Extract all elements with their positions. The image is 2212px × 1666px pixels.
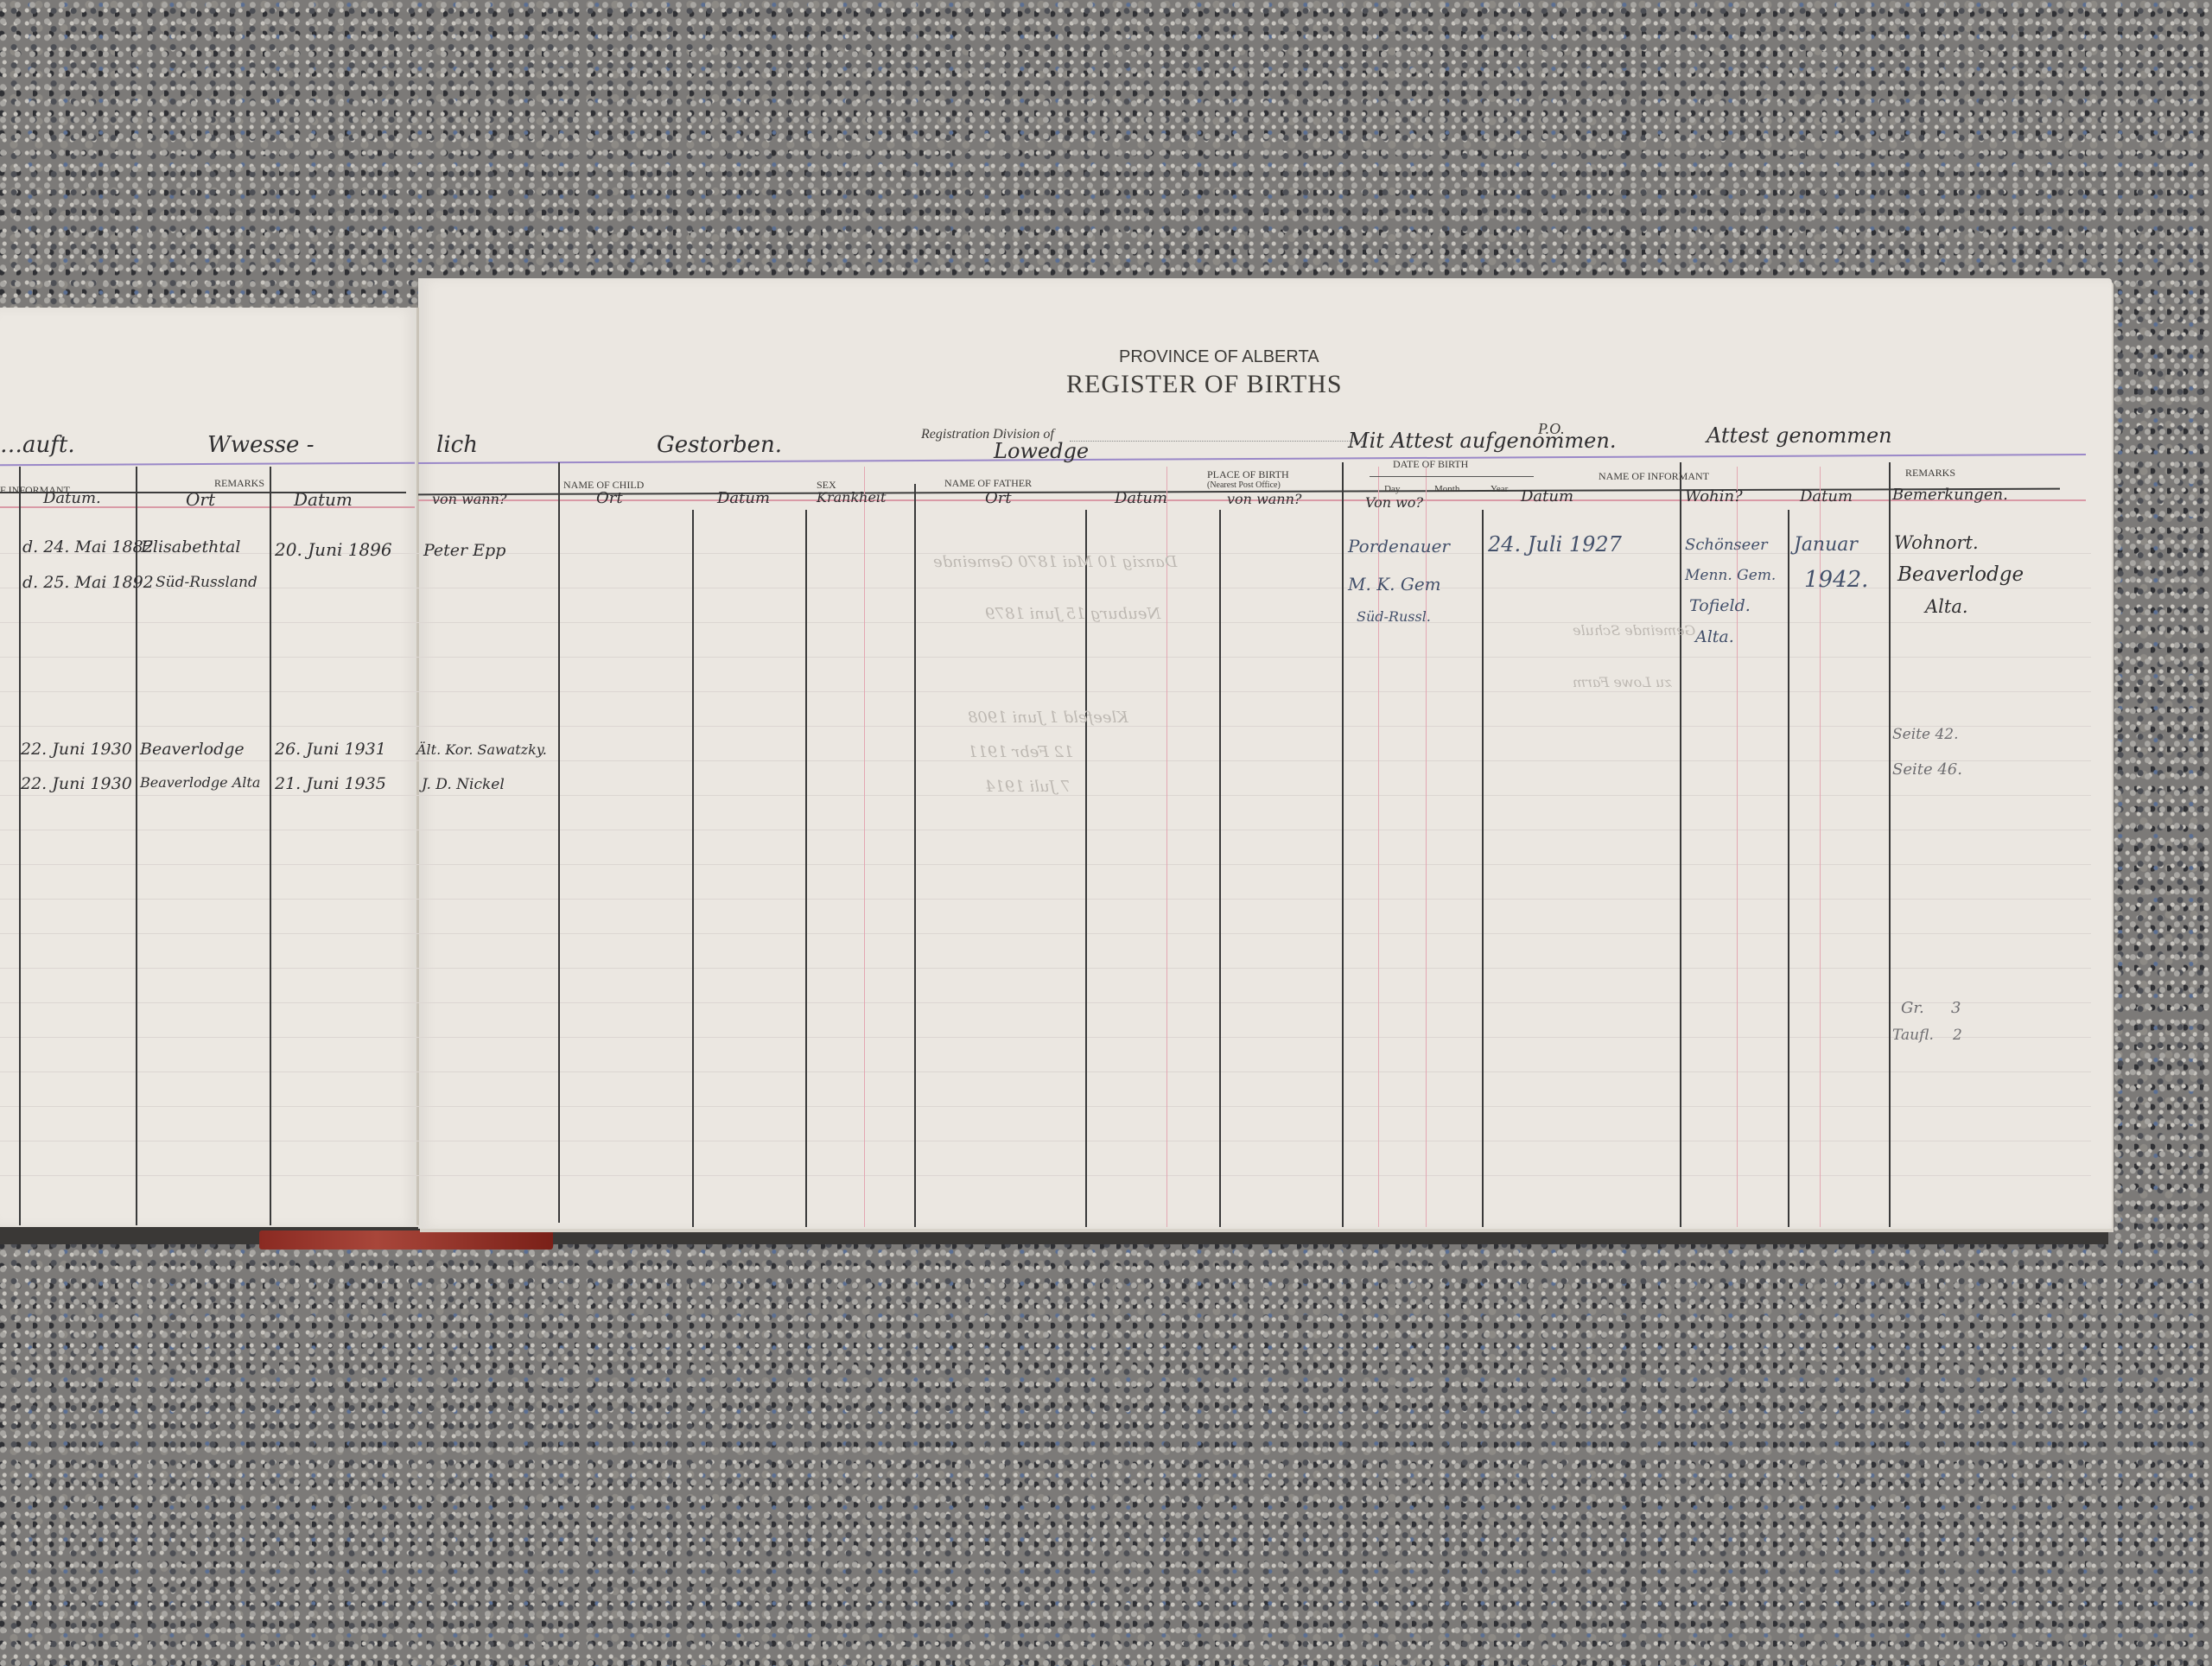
entry2-date-2: 26. Juni 1931	[275, 740, 386, 759]
col-hand-von-wann-1: von wann?	[432, 491, 506, 507]
footer-note-2-label: Taufl.	[1892, 1027, 1934, 1044]
col-hand-ort-2: Ort	[596, 489, 623, 507]
column-month: Month	[1434, 484, 1459, 494]
entry1-remark-1: Wohnort.	[1894, 532, 1979, 553]
entry1-from-where-1: Pordenauer	[1348, 536, 1450, 556]
entry1-by-whom: Peter Epp	[423, 541, 505, 560]
entry2-by-whom: Ält. Kor. Sawatzky.	[416, 741, 547, 758]
heading-hand-6: Attest genommen	[1707, 423, 1892, 448]
column-name-of-father: NAME OF FATHER	[944, 477, 1032, 490]
entry1-to-where-1: Schönseer	[1685, 536, 1768, 554]
entry1-to-where-4: Alta.	[1695, 627, 1734, 646]
entry1-place-2: Süd-Russland	[156, 574, 257, 591]
entry3-date: 22. Juni 1930	[21, 774, 132, 793]
column-year: Year	[1491, 484, 1508, 494]
heading-hand-1: …auft.	[0, 432, 75, 458]
column-name-of-informant: NAME OF INFORMANT	[1599, 470, 1709, 483]
col-hand-datum-4: Datum	[1115, 489, 1167, 507]
register-title: REGISTER OF BIRTHS	[1066, 370, 1343, 399]
entry1-left-month: Januar	[1794, 534, 1858, 556]
footer-note-1-label: Gr.	[1901, 999, 1924, 1017]
entry1-remark-2: Beaverlodge	[1897, 563, 2024, 586]
entry1-place: Elisabethtal	[141, 537, 240, 556]
entry2-place: Beaverlodge	[140, 740, 245, 759]
date-of-birth-underline	[1370, 476, 1534, 477]
col-hand-datum-2: Datum	[294, 489, 353, 510]
entry2-date: 22. Juni 1930	[21, 740, 132, 759]
col-hand-datum-6: Datum	[1800, 487, 1853, 506]
entry1-from-where-3: Süd-Russl.	[1357, 608, 1431, 625]
col-hand-von-wann-2: von wann?	[1227, 491, 1301, 507]
book-spine-red	[259, 1230, 553, 1249]
entry3-remark: Seite 46.	[1892, 760, 1962, 779]
entry3-date-2: 21. Juni 1935	[275, 774, 386, 793]
col-hand-von-wo: Von wo?	[1365, 494, 1423, 511]
heading-hand-4: Gestorben.	[657, 432, 782, 458]
col-hand-datum-3: Datum	[717, 489, 770, 507]
col-hand-bemerkungen: Bemerkungen.	[1892, 486, 2008, 504]
col-hand-krankheit: Krankheit	[817, 489, 886, 506]
entry1-date: 20. Juni 1896	[275, 539, 392, 560]
column-place-of-birth-sub: (Nearest Post Office)	[1207, 480, 1281, 490]
col-hand-ort-3: Ort	[985, 489, 1012, 507]
registration-division-dots	[1070, 441, 1363, 442]
registration-division-value: Lowedge	[994, 439, 1089, 463]
entry1-to-where-2: Menn. Gem.	[1685, 567, 1776, 584]
column-remarks-left: REMARKS	[214, 477, 264, 490]
province-title: PROVINCE OF ALBERTA	[1119, 347, 1319, 367]
footer-note-2-value: 2	[1953, 1027, 1962, 1044]
heading-hand-3: lich	[436, 432, 478, 458]
entry1-from-where-2: M. K. Gem	[1348, 574, 1441, 595]
entry1-to-where-3: Tofield.	[1689, 596, 1751, 615]
heading-hand-5: Mit Attest aufgenommen.	[1348, 429, 1616, 453]
entry3-by-whom: J. D. Nickel	[422, 776, 505, 793]
entry2-remark: Seite 42.	[1892, 726, 1958, 743]
col-hand-wohin: Wohin?	[1685, 487, 1743, 506]
col-hand-datum-1: Datum.	[43, 489, 101, 507]
column-remarks-right: REMARKS	[1905, 467, 1955, 480]
entry3-place: Beaverlodge Alta	[140, 774, 260, 791]
entry1-date-1: d. 24. Mai 1882	[22, 537, 154, 556]
column-day: Day	[1384, 484, 1400, 494]
entry1-date-2: d. 25. Mai 1892	[22, 573, 154, 592]
entry1-remark-3: Alta.	[1925, 596, 1968, 617]
heading-hand-2: Wwesse -	[207, 432, 315, 458]
footer-note-1-value: 3	[1951, 999, 1961, 1017]
right-page	[418, 278, 2112, 1229]
col-hand-ort-1: Ort	[186, 489, 215, 510]
entry1-admitted-date: 24. Juli 1927	[1488, 532, 1622, 556]
col-hand-datum-5: Datum	[1521, 487, 1573, 506]
column-date-of-birth: DATE OF BIRTH	[1393, 458, 1468, 471]
column-place-of-birth: PLACE OF BIRTH	[1207, 468, 1289, 481]
page-gutter	[416, 308, 419, 1225]
entry1-left-year: 1942.	[1804, 567, 1868, 593]
